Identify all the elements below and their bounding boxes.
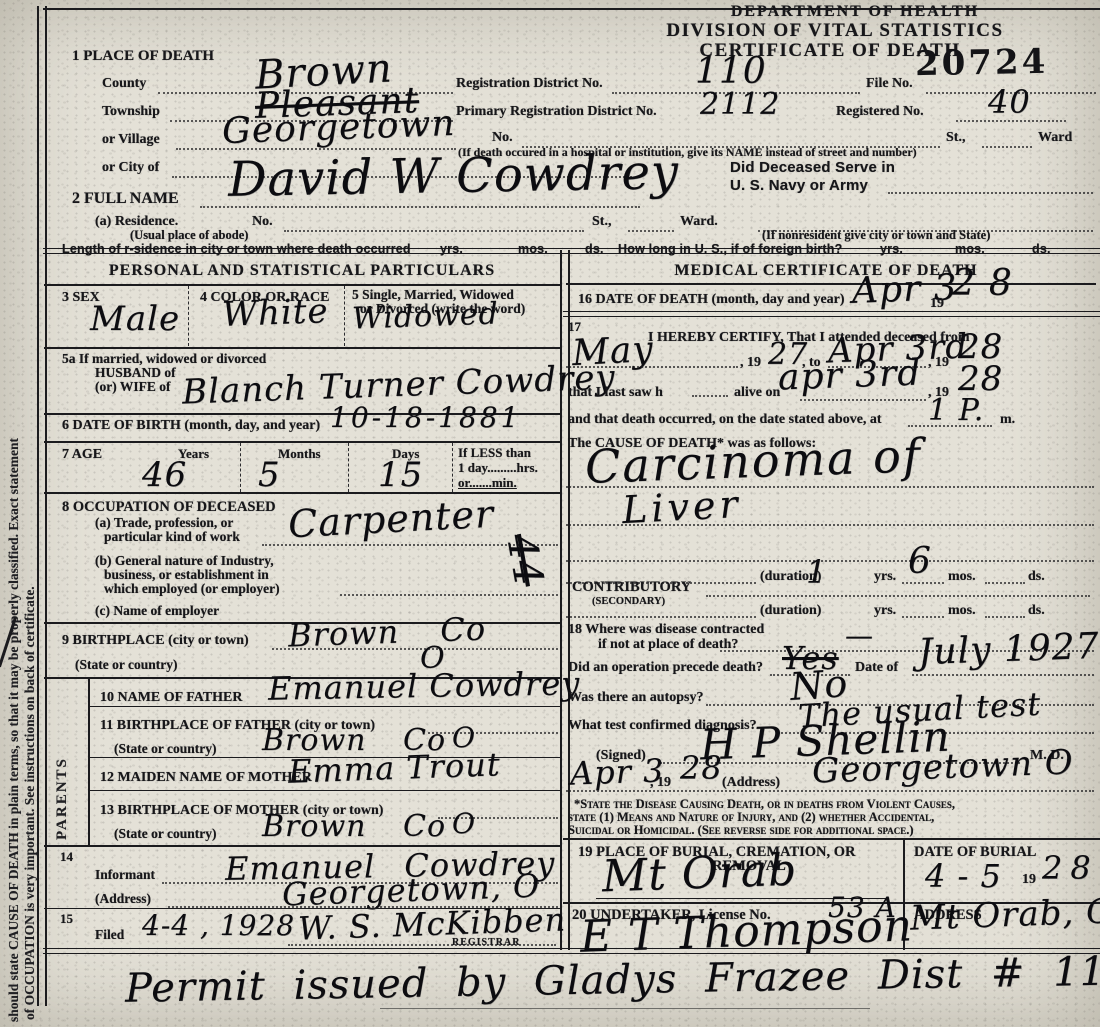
file-no-label: File No. bbox=[866, 76, 913, 91]
residence-st-line bbox=[628, 230, 674, 232]
burial-place-value: Mt Orab bbox=[601, 849, 798, 900]
how-long-ds-label: ds. bbox=[1032, 243, 1051, 257]
footnote-line3: Suicidal or Homicidal. (See reverse side… bbox=[568, 824, 914, 838]
parents-divider bbox=[88, 677, 90, 845]
permit-underline bbox=[380, 1008, 870, 1009]
mother-label: 12 MAIDEN NAME OF MOTHER bbox=[100, 770, 312, 785]
duration-months-value: 6 bbox=[908, 544, 932, 580]
nonresident-note: (If nonresident give city or town and St… bbox=[762, 229, 990, 243]
duration-mos-label: mos. bbox=[948, 569, 976, 584]
if-less-label-line1: If LESS than bbox=[458, 446, 531, 460]
contributory-mos-line bbox=[902, 616, 944, 618]
death-m-label: m. bbox=[1000, 412, 1015, 427]
informant-address-label: (Address) bbox=[95, 892, 151, 907]
race-marital-divider bbox=[344, 286, 345, 346]
primary-district-value: 2112 bbox=[700, 90, 780, 120]
sex-row-rule bbox=[44, 347, 560, 349]
informant-number: 14 bbox=[60, 850, 73, 864]
age-divider-3 bbox=[452, 443, 453, 492]
abode-note: (Usual place of abode) bbox=[130, 229, 248, 243]
residence-no-label: No. bbox=[252, 214, 273, 229]
birthplace-state-label: (State or country) bbox=[75, 658, 177, 673]
residence-label: (a) Residence. bbox=[95, 214, 178, 229]
service-label-line2: U. S. Navy or Army bbox=[730, 178, 868, 194]
cause-value-line2: Liver bbox=[621, 485, 742, 529]
length-ds-label: ds. bbox=[585, 243, 604, 257]
street-label: St., bbox=[946, 130, 965, 145]
undertaker-address-value: Mt Orab, O bbox=[909, 894, 1100, 935]
residence-st-label: St., bbox=[592, 214, 611, 229]
duration-ds-label: ds. bbox=[1028, 569, 1045, 584]
contributory-line bbox=[706, 595, 1090, 597]
city-label: or City of bbox=[102, 160, 159, 175]
age-divider-1 bbox=[240, 443, 241, 492]
township-label: Township bbox=[102, 104, 160, 119]
operation-label: Did an operation precede death? bbox=[568, 660, 763, 675]
informant-label: Informant bbox=[95, 868, 155, 883]
if-less-label-line2: 1 day.........hrs. bbox=[458, 461, 538, 475]
last-saw-label: that I last saw h bbox=[568, 385, 663, 400]
filed-number: 15 bbox=[60, 912, 73, 926]
left-double-border bbox=[37, 6, 47, 1006]
registration-district-label: Registration District No. bbox=[456, 76, 603, 91]
father-birthplace-state-label: (State or country) bbox=[114, 742, 216, 757]
age-months-label: Months bbox=[278, 447, 321, 461]
column-divider bbox=[560, 250, 570, 950]
registrar-signature: W. S. McKibben bbox=[298, 903, 567, 944]
registered-no-value: 40 bbox=[988, 86, 1031, 118]
death-certificate-scan: should state CAUSE OF DEATH in plain ter… bbox=[0, 0, 1100, 1027]
birthplace-label: 9 BIRTHPLACE (city or town) bbox=[62, 633, 249, 648]
employer-label: (c) Name of employer bbox=[95, 604, 219, 619]
operation-date-line bbox=[912, 674, 1094, 676]
duration-years-value: 1 bbox=[806, 556, 827, 588]
cause-line2 bbox=[566, 524, 1094, 526]
dod-rule bbox=[563, 311, 1100, 317]
industry-label-line3: which employed (or employer) bbox=[104, 582, 280, 597]
how-long-mos-label: mos. bbox=[955, 243, 985, 257]
father-label: 10 NAME OF FATHER bbox=[100, 690, 242, 705]
father-rule bbox=[88, 706, 560, 707]
last-saw-strike bbox=[692, 395, 728, 397]
filed-label: Filed bbox=[95, 928, 124, 943]
contributory-mos-label: mos. bbox=[948, 603, 976, 618]
sign-address-value: Georgetown O bbox=[811, 745, 1074, 788]
header-division: DIVISION OF VITAL STATISTICS bbox=[600, 21, 1070, 42]
sign-year-prefix: , 19 bbox=[650, 775, 671, 790]
street-line2 bbox=[982, 146, 1032, 148]
contributory-ds-label: ds. bbox=[1028, 603, 1045, 618]
full-name-label: 2 FULL NAME bbox=[72, 190, 179, 207]
age-label: 7 AGE bbox=[62, 447, 102, 462]
alive-on-label: alive on bbox=[734, 385, 780, 400]
age-divider-2 bbox=[348, 443, 349, 492]
industry-line bbox=[340, 594, 558, 596]
village-label: or Village bbox=[102, 132, 160, 147]
dob-value: 10-18-1881 bbox=[330, 404, 521, 432]
sign-address-label: (Address) bbox=[722, 775, 780, 790]
spouse-label-line3: (or) WIFE of bbox=[95, 380, 171, 395]
filed-date-value: 4-4 , 1928 bbox=[142, 912, 295, 940]
left-title-rule bbox=[44, 284, 560, 286]
duration-yrs-label: yrs. bbox=[874, 569, 896, 584]
sex-value: Male bbox=[90, 302, 180, 336]
mother-birthplace-state-label: (State or country) bbox=[114, 827, 216, 842]
death-time-value: 1 P. bbox=[928, 396, 984, 426]
residence-ward-label: Ward. bbox=[680, 214, 718, 229]
mother-rule bbox=[88, 790, 560, 791]
registrar-label: REGISTRAR bbox=[452, 938, 520, 949]
parents-label: PARENTS bbox=[54, 692, 71, 840]
sign-year-value: 28 bbox=[680, 752, 723, 784]
contributory-label: CONTRIBUTORY bbox=[572, 580, 691, 596]
from-year-prefix: , 19 bbox=[740, 355, 761, 370]
burial-date-value: 4 - 5 bbox=[925, 860, 1002, 892]
duration-mos-line bbox=[902, 582, 944, 584]
father-birthplace-line bbox=[428, 732, 558, 734]
last-saw-year-value: 28 bbox=[958, 362, 1003, 396]
contributory-duration-lead bbox=[566, 616, 756, 618]
burial-year-prefix: 19 bbox=[1022, 872, 1036, 887]
street-no-label: No. bbox=[492, 130, 513, 145]
sex-race-divider bbox=[188, 286, 189, 346]
how-long-yrs-label: yrs. bbox=[880, 243, 903, 257]
residence-line bbox=[284, 230, 584, 232]
undertaker-signature: E T Thompson bbox=[579, 904, 913, 960]
left-section-title: PERSONAL AND STATISTICAL PARTICULARS bbox=[44, 262, 560, 279]
duration-ds-line bbox=[985, 582, 1025, 584]
primary-district-label: Primary Registration District No. bbox=[456, 104, 657, 119]
secondary-label: (SECONDARY) bbox=[592, 596, 665, 607]
header-department: DEPARTMENT OF HEALTH bbox=[640, 3, 1070, 20]
if-less-label-line3: or.......min. bbox=[458, 476, 517, 490]
race-value: White bbox=[221, 294, 329, 332]
contributory-ds-line bbox=[985, 616, 1025, 618]
cause-line3 bbox=[566, 560, 1094, 562]
margin-instruction-line-2: of OCCUPATION is very important. See ins… bbox=[22, 390, 38, 1020]
length-of-residence-label: Length of r-sidence in city or town wher… bbox=[62, 243, 411, 257]
age-years-value: 46 bbox=[142, 458, 187, 492]
father-value: Emanuel Cowdrey bbox=[268, 667, 581, 704]
permit-note: Permit issued by Gladys Frazee Dist # 11… bbox=[125, 951, 1100, 1009]
death-occurred-label: and that death occurred, on the date sta… bbox=[568, 412, 882, 427]
operation-date-value: July 1927 bbox=[917, 629, 1100, 671]
dod-year-prefix: 19 bbox=[930, 296, 944, 311]
attended-from-line bbox=[566, 366, 738, 368]
marital-value: Widowed bbox=[352, 299, 500, 334]
birthplace-value: Brown Co bbox=[288, 613, 487, 652]
mother-value: Emma Trout bbox=[288, 748, 502, 787]
village-value: Georgetown bbox=[221, 106, 456, 150]
contributory-yrs-label: yrs. bbox=[874, 603, 896, 618]
sign-row-line bbox=[566, 790, 1094, 792]
place-of-death-label: 1 PLACE OF DEATH bbox=[72, 48, 214, 64]
file-no-value: 20724 bbox=[915, 45, 1049, 81]
last-saw-value: apr 3rd bbox=[777, 356, 921, 397]
industry-scrawl: 44 bbox=[500, 530, 549, 589]
dob-label: 6 DATE OF BIRTH (month, day, and year) bbox=[62, 418, 320, 433]
length-mos-label: mos. bbox=[518, 243, 548, 257]
dob-rule bbox=[44, 441, 560, 443]
registered-no-label: Registered No. bbox=[836, 104, 924, 119]
dod-year-value: 28 bbox=[952, 266, 1026, 302]
margin-instruction-line-1: should state CAUSE OF DEATH in plain ter… bbox=[6, 12, 22, 1022]
last-saw-line bbox=[800, 399, 926, 401]
age-days-value: 15 bbox=[378, 458, 423, 492]
burial-year-value: 28 bbox=[1042, 852, 1099, 884]
cause-value-line1: Carcinoma of bbox=[584, 432, 922, 490]
where-contracted-label-line1: 18 Where was disease contracted bbox=[568, 622, 764, 637]
contributory-duration-label: (duration) bbox=[760, 603, 821, 618]
date-of-label: Date of bbox=[855, 660, 898, 675]
service-line bbox=[888, 192, 1093, 194]
autopsy-label: Was there an autopsy? bbox=[568, 690, 703, 705]
registration-district-value: 110 bbox=[695, 54, 767, 90]
occupation-label: 8 OCCUPATION OF DECEASED bbox=[62, 500, 276, 516]
where-contracted-label-line2: if not at place of death? bbox=[598, 637, 738, 652]
footnote-rule bbox=[563, 838, 1100, 840]
trade-value: Carpenter bbox=[287, 495, 495, 544]
date-of-death-label: 16 DATE OF DEATH (month, day and year) bbox=[578, 292, 845, 307]
service-label-line1: Did Deceased Serve in bbox=[730, 160, 895, 176]
ward-label: Ward bbox=[1038, 130, 1072, 145]
trade-label-line2: particular kind of work bbox=[104, 530, 240, 545]
where-contracted-value: — bbox=[845, 622, 874, 650]
county-label: County bbox=[102, 76, 146, 91]
mother-birthplace-state-value: O bbox=[452, 810, 476, 838]
mother-birthplace-value: Brown Co bbox=[262, 812, 446, 842]
full-name-value: David W Cowdrey bbox=[228, 148, 680, 204]
how-long-label: How long in U. S., if of foreign birth? bbox=[618, 243, 842, 257]
length-yrs-label: yrs. bbox=[440, 243, 463, 257]
age-months-value: 5 bbox=[258, 458, 281, 492]
to-year-prefix: , 19 bbox=[928, 355, 949, 370]
